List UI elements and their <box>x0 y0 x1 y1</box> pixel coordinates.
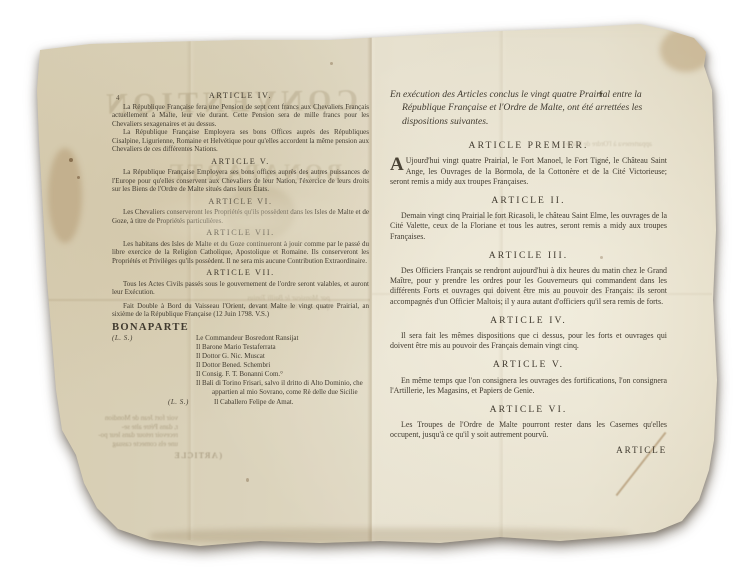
seal-mark: (L. S.) <box>168 398 214 407</box>
signatory: Il Balì di Torino Frisari, salvo il drit… <box>196 379 369 396</box>
article-heading: ARTICLE PREMIER. <box>390 141 667 151</box>
parchment-shadow-wrap: CONVENTION BONAPARTE par Monsieur le Bai… <box>0 0 750 570</box>
article-paragraph: Demain vingt cinq Prairial le fort Ricas… <box>390 211 667 242</box>
scanned-document-screenshot: CONVENTION BONAPARTE par Monsieur le Bai… <box>0 0 750 570</box>
article-paragraph: Les Chevaliers conserveront les Propriét… <box>112 208 369 225</box>
article-paragraph: La République Française Employera ses bo… <box>112 168 369 194</box>
article-paragraph: Les habitans des Isles de Malte et du Go… <box>112 240 369 266</box>
speck-1 <box>69 158 73 162</box>
article-paragraph: La République Française Employera ses bo… <box>112 128 369 154</box>
dateline: Fait Double à Bord du Vaisseau l'Orient,… <box>112 302 369 319</box>
signatory: Il Consig. F. T. Bonanni Com.° <box>196 370 369 379</box>
dropcap-initial: A <box>390 156 406 173</box>
signature-block: (L. S.) Le Commandeur Bosredont Ransijat… <box>112 334 369 397</box>
seal-mark: (L. S.) <box>112 334 164 397</box>
article-paragraph: Des Officiers Français se rendront aujou… <box>390 266 667 307</box>
article-heading: ARTICLE V. <box>112 158 369 167</box>
stain-bottom-edge <box>150 528 630 544</box>
article-paragraph: En même temps que l'on consignera les ou… <box>390 376 667 396</box>
article-paragraph: La République Française fera une Pension… <box>112 103 369 129</box>
article-paragraph: AUjourd'hui vingt quatre Prairial, le Fo… <box>390 156 667 187</box>
article-paragraph: Tous les Actes Civils passés sous le gou… <box>112 280 369 297</box>
article-heading: ARTICLE IV. <box>390 316 667 326</box>
signatory: Il Caballero Felipe de Amat. <box>214 398 294 407</box>
article-heading: ARTICLE III. <box>390 251 667 261</box>
right-page: En exécution des Articles conclus le vin… <box>390 88 667 455</box>
parchment-sheet: CONVENTION BONAPARTE par Monsieur le Bai… <box>0 0 750 570</box>
article-heading: ARTICLE VII. <box>112 269 369 278</box>
signatory: Il Barone Mario Testaferrata <box>196 343 369 352</box>
article-heading: ARTICLE VI. <box>112 198 369 207</box>
article-heading: ARTICLE VI. <box>390 405 667 415</box>
signatory: Il Dottor Bened. Schembri <box>196 361 369 370</box>
speck-5 <box>246 478 249 482</box>
article-heading: ARTICLE II. <box>390 196 667 206</box>
signature-bonaparte: BONAPARTE <box>112 324 369 333</box>
signatory-list: Le Commandeur Bosredont Ransijat Il Baro… <box>164 334 369 397</box>
article-heading: ARTICLE V. <box>390 360 667 370</box>
article-heading: ARTICLE VII. <box>112 229 369 238</box>
signatory: Le Commandeur Bosredont Ransijat <box>196 334 369 343</box>
stain-left-edge <box>48 148 82 243</box>
catchword: ARTICLE <box>390 445 667 455</box>
article-heading: ARTICLE IV. <box>112 92 369 101</box>
article-text: Ujourd'hui vingt quatre Prairial, le For… <box>390 156 667 185</box>
article-paragraph: Les Troupes de l'Ordre de Malte pourront… <box>390 420 667 440</box>
preamble: En exécution des Articles conclus le vin… <box>390 88 667 128</box>
signatory: Il Dottor G. Nic. Muscat <box>196 352 369 361</box>
final-signature-row: (L. S.) Il Caballero Felipe de Amat. <box>112 398 369 407</box>
speck-2 <box>77 176 80 179</box>
article-paragraph: Il sera fait les mêmes dispositions que … <box>390 331 667 351</box>
speck-3 <box>330 62 333 65</box>
ghost-bottom-left-lines: voir fort Jean de Mondion r, dans Pétre … <box>26 414 178 448</box>
left-page: ARTICLE IV. La République Française fera… <box>112 92 369 406</box>
ghost-article-word: (ARTICLE <box>132 451 222 460</box>
stain-top-right-corner <box>660 28 712 72</box>
